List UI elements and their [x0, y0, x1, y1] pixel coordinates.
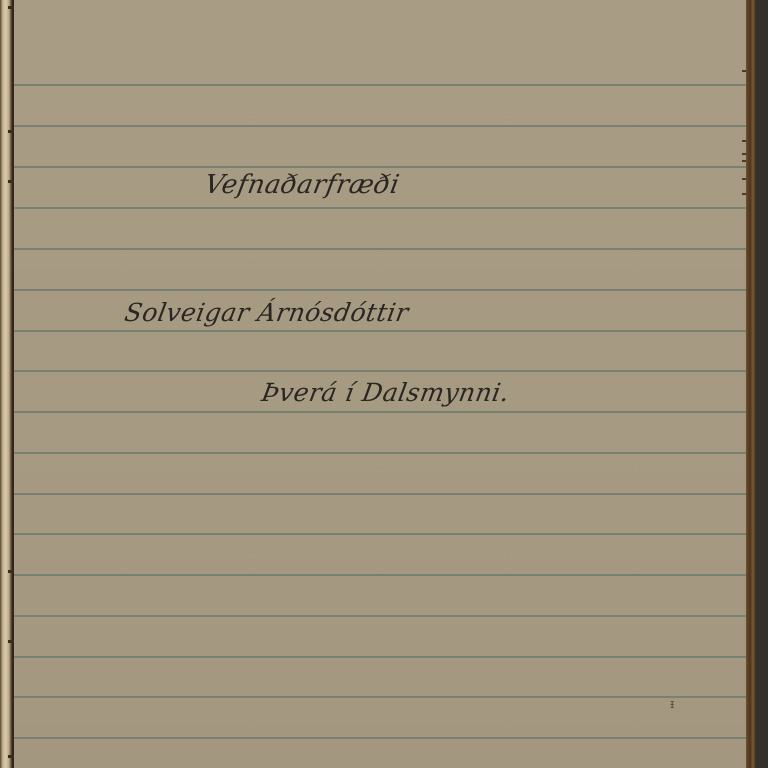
ruled-line: [14, 452, 748, 454]
handwritten-place: Þverá í Dalsmynni.: [259, 378, 511, 407]
ruled-line: [14, 125, 748, 127]
ruled-line: [14, 248, 748, 250]
ruled-line: [14, 84, 748, 86]
handwritten-owner-name: Solveigar Árnósdóttir: [122, 298, 411, 327]
cover-edge: [756, 0, 768, 768]
ruled-line: [14, 207, 748, 209]
scanned-notebook: Vefnaðarfræði Solveigar Árnósdóttir Þver…: [0, 0, 768, 768]
ruled-line: [14, 166, 748, 168]
ruled-line: [14, 696, 748, 698]
handwritten-title: Vefnaðarfræði: [202, 170, 401, 200]
pencil-mark: ᵻ: [670, 697, 674, 711]
ruled-line: [14, 330, 748, 332]
ruled-line: [14, 656, 748, 658]
ruled-line: [14, 411, 748, 413]
ruled-line: [14, 533, 748, 535]
ruled-line: [14, 615, 748, 617]
ruled-line: [14, 289, 748, 291]
ruled-line: [14, 574, 748, 576]
ruled-line: [14, 493, 748, 495]
ruled-line: [14, 737, 748, 739]
ruled-line: [14, 370, 748, 372]
